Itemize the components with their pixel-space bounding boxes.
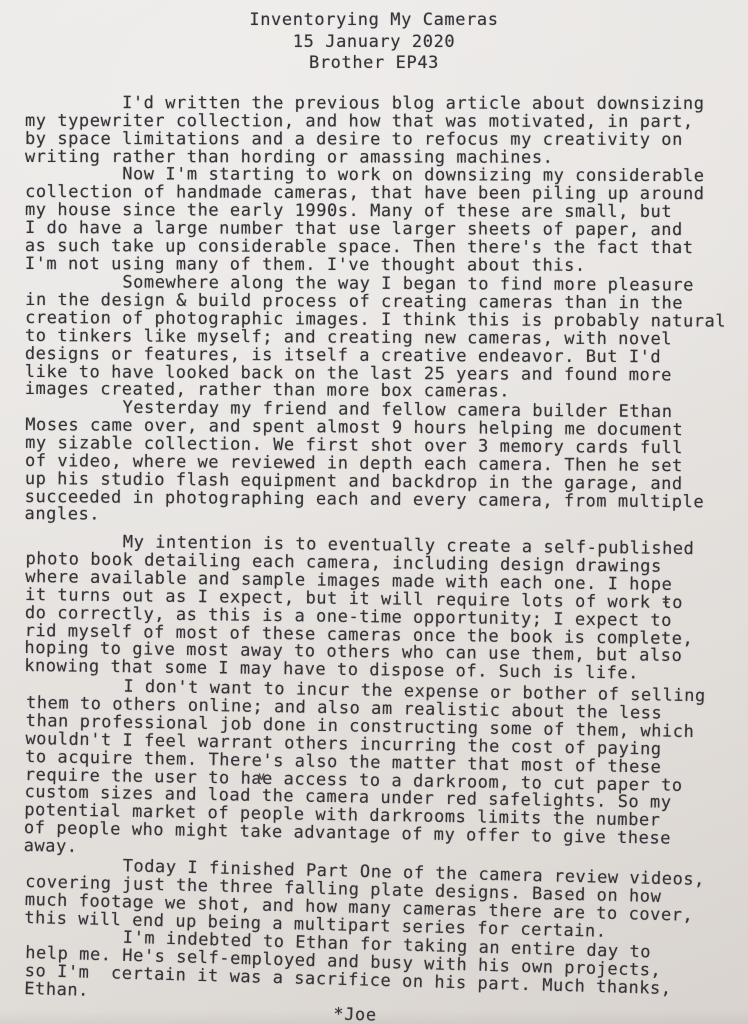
paragraph-photo-book-intention: My intention is to eventually create a s… (24, 533, 741, 685)
typewritten-page: Inventorying My Cameras 15 January 2020 … (0, 0, 748, 1024)
document-body: I'd written the previous blog article ab… (0, 95, 748, 1024)
document-title: Inventorying My Cameras (0, 10, 748, 32)
paragraph-ethan-visit: Yesterday my friend and fellow camera bu… (25, 399, 741, 530)
paragraph-not-selling-online: I don't want to incur the expense or bot… (24, 677, 742, 868)
paragraph-downsizing-cameras: Now I'm starting to work on downsizing m… (25, 166, 740, 276)
document-date: 15 January 2020 (0, 32, 748, 54)
paragraph-design-build-pleasure: Somewhere along the way I began to find … (25, 274, 741, 403)
document-header: Inventorying My Cameras 15 January 2020 … (0, 0, 748, 75)
typewriter-model: Brother EP43 (0, 53, 748, 75)
paragraph-downsizing-typewriters: I'd written the previous blog article ab… (25, 95, 740, 168)
